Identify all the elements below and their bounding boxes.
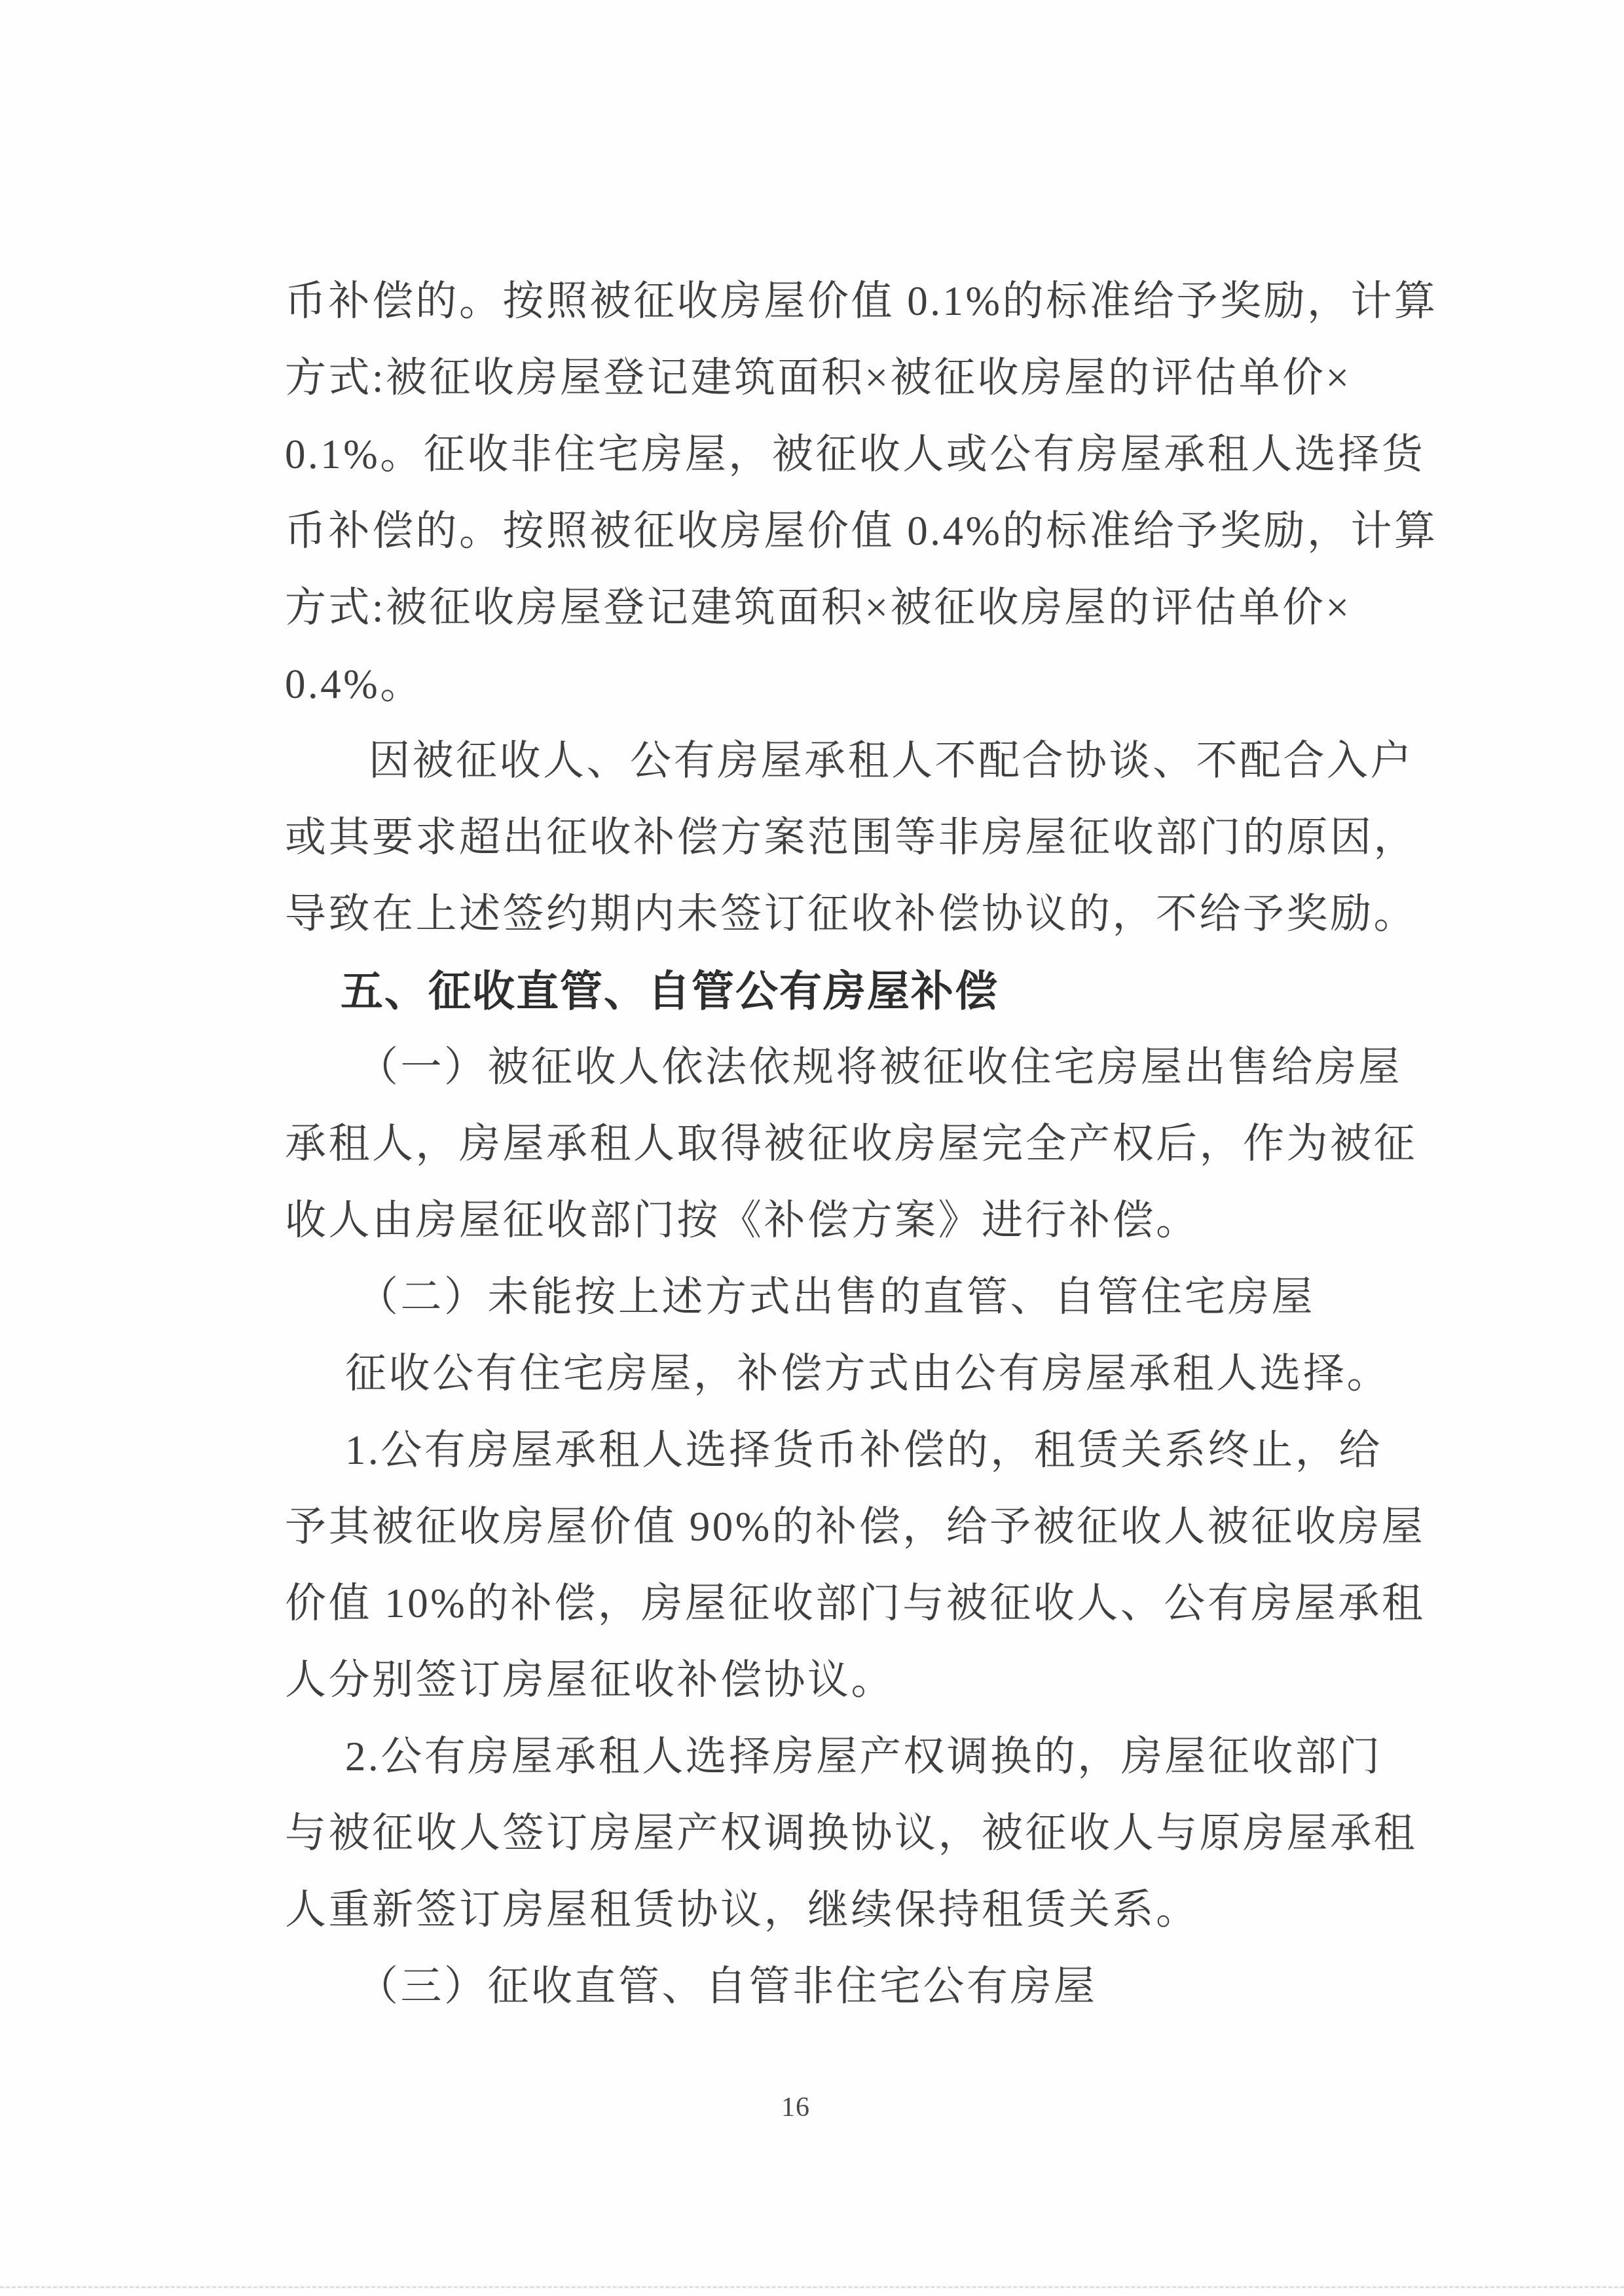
page-number: 16 bbox=[0, 2092, 1591, 2123]
text-line: 价值 10%的补偿，房屋征收部门与被征收人、公有房屋承租 bbox=[285, 1565, 1378, 1642]
scan-artifact-line bbox=[0, 2286, 1624, 2288]
text-line: 方式:被征收房屋登记建筑面积×被征收房屋的评估单价× bbox=[285, 340, 1378, 416]
text-line: 予其被征收房屋价值 90%的补偿，给予被征收人被征收房屋 bbox=[285, 1489, 1378, 1565]
text-line: 导致在上述签约期内未签订征收补偿协议的，不给予奖励。 bbox=[285, 876, 1378, 953]
text-line: （一）被征收人依法依规将被征收住宅房屋出售给房屋 bbox=[285, 1029, 1378, 1106]
text-line: 与被征收人签订房屋产权调换协议，被征收人与原房屋承租 bbox=[285, 1795, 1378, 1872]
text-line: 币补偿的。按照被征收房屋价值 0.4%的标准给予奖励，计算 bbox=[285, 493, 1378, 570]
text-line: 0.1%。征收非住宅房屋，被征收人或公有房屋承租人选择货 bbox=[285, 416, 1378, 493]
text-line: 征收公有住宅房屋，补偿方式由公有房屋承租人选择。 bbox=[285, 1336, 1378, 1412]
text-line: 1.公有房屋承租人选择货币补偿的，租赁关系终止，给 bbox=[285, 1412, 1378, 1489]
document-text-block: 币补偿的。按照被征收房屋价值 0.1%的标准给予奖励，计算方式:被征收房屋登记建… bbox=[285, 263, 1378, 2025]
text-line: （三）征收直管、自管非住宅公有房屋 bbox=[285, 1948, 1378, 2025]
section-heading: 五、征收直管、自管公有房屋补偿 bbox=[285, 953, 1378, 1029]
text-line: 或其要求超出征收补偿方案范围等非房屋征收部门的原因， bbox=[285, 799, 1378, 876]
text-line: 收人由房屋征收部门按《补偿方案》进行补偿。 bbox=[285, 1182, 1378, 1259]
text-line: 币补偿的。按照被征收房屋价值 0.1%的标准给予奖励，计算 bbox=[285, 263, 1378, 340]
text-line: 方式:被征收房屋登记建筑面积×被征收房屋的评估单价× bbox=[285, 570, 1378, 646]
text-line: 人重新签订房屋租赁协议，继续保持租赁关系。 bbox=[285, 1872, 1378, 1948]
text-line: 因被征收人、公有房屋承租人不配合协谈、不配合入户 bbox=[285, 723, 1378, 799]
text-line: 0.4%。 bbox=[285, 646, 1378, 723]
document-page: 币补偿的。按照被征收房屋价值 0.1%的标准给予奖励，计算方式:被征收房屋登记建… bbox=[0, 0, 1624, 2296]
text-line: （二）未能按上述方式出售的直管、自管住宅房屋 bbox=[285, 1259, 1378, 1336]
text-line: 人分别签订房屋征收补偿协议。 bbox=[285, 1642, 1378, 1719]
text-line: 承租人，房屋承租人取得被征收房屋完全产权后，作为被征 bbox=[285, 1106, 1378, 1182]
text-line: 2.公有房屋承租人选择房屋产权调换的，房屋征收部门 bbox=[285, 1719, 1378, 1795]
